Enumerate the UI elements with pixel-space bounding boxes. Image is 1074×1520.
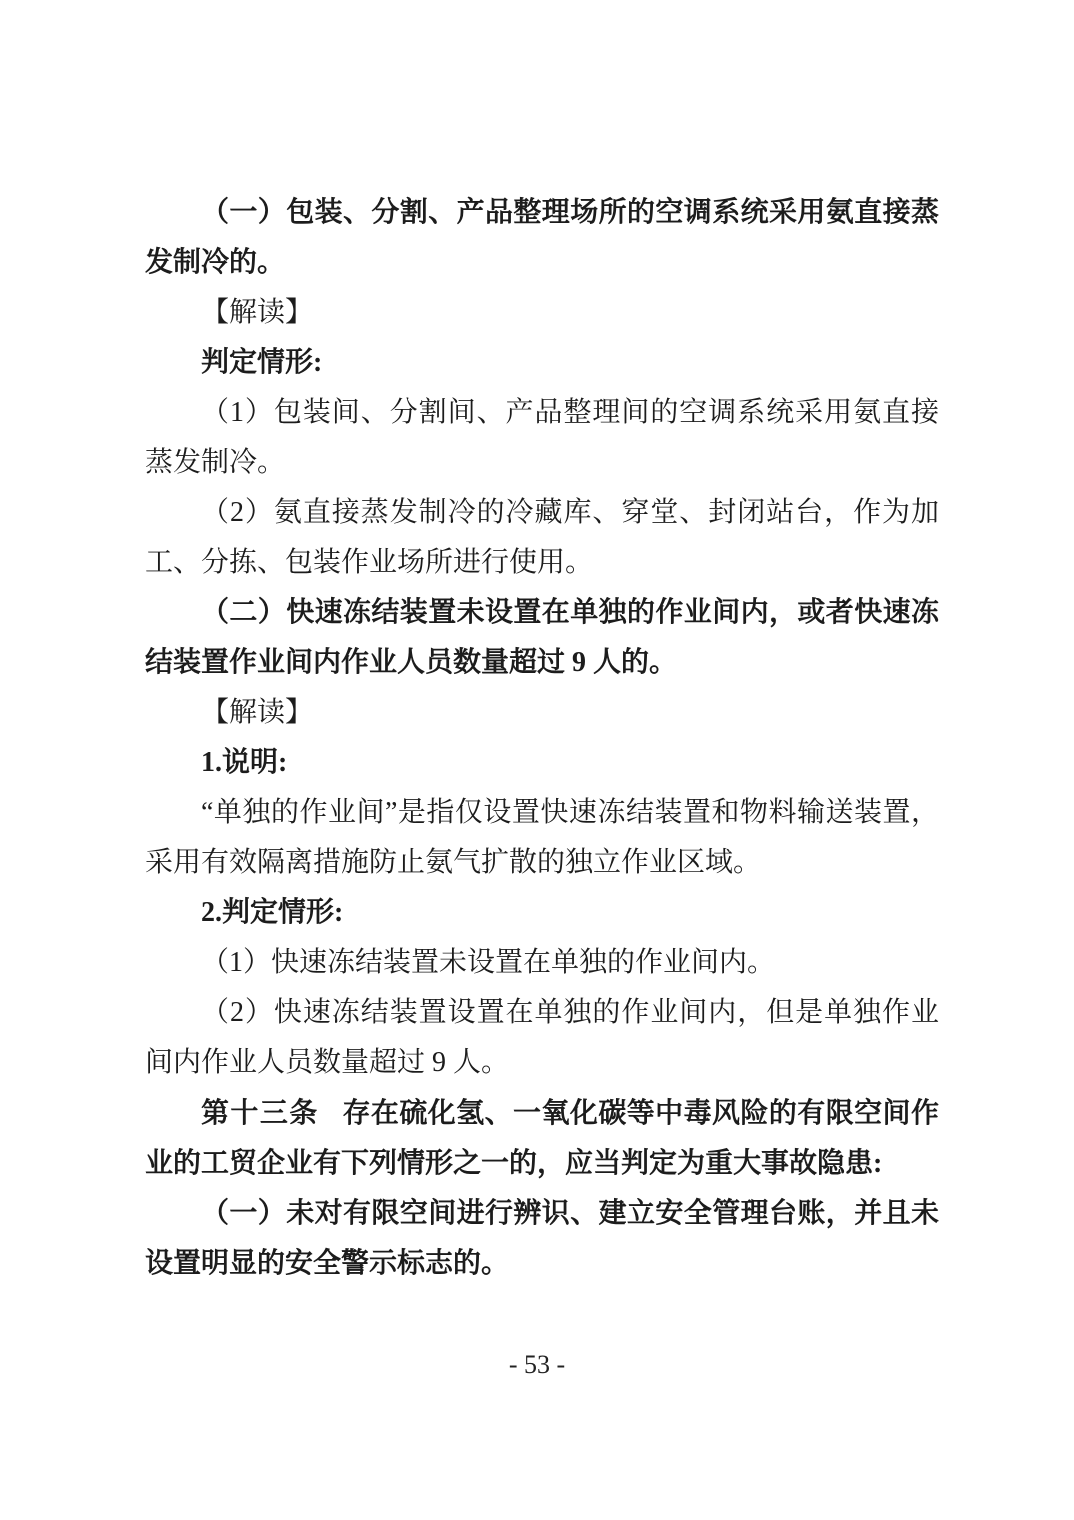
interpretation-label: 【解读】	[145, 688, 939, 738]
determination-item: （1）包装间、分割间、产品整理间的空调系统采用氨直接蒸发制冷。	[145, 388, 939, 488]
article-13-number: 第十三条	[201, 1097, 319, 1128]
clause-item-one-aircon: （一）包装、分割、产品整理场所的空调系统采用氨直接蒸发制冷的。	[145, 188, 939, 288]
explanation-heading: 1.说明:	[145, 738, 939, 788]
explanation-body: “单独的作业间”是指仅设置快速冻结装置和物料输送装置，采用有效隔离措施防止氨气扩…	[145, 788, 939, 888]
document-body: （一）包装、分割、产品整理场所的空调系统采用氨直接蒸发制冷的。 【解读】 判定情…	[145, 188, 939, 1289]
page-number: - 53 -	[0, 1340, 1074, 1390]
determination-heading: 判定情形:	[145, 338, 939, 388]
clause-item-two-freezing: （二）快速冻结装置未设置在单独的作业间内，或者快速冻结装置作业间内作业人员数量超…	[145, 588, 939, 688]
determination-item: （2）氨直接蒸发制冷的冷藏库、穿堂、封闭站台，作为加工、分拣、包装作业场所进行使…	[145, 488, 939, 588]
interpretation-label: 【解读】	[145, 288, 939, 338]
clause-item-one-confined-space: （一）未对有限空间进行辨识、建立安全管理台账，并且未设置明显的安全警示标志的。	[145, 1189, 939, 1289]
article-13: 第十三条存在硫化氢、一氧化碳等中毒风险的有限空间作业的工贸企业有下列情形之一的，…	[145, 1088, 939, 1189]
determination-heading: 2.判定情形:	[145, 888, 939, 938]
determination-item: （1）快速冻结装置未设置在单独的作业间内。	[145, 938, 939, 988]
document-page: （一）包装、分割、产品整理场所的空调系统采用氨直接蒸发制冷的。 【解读】 判定情…	[0, 0, 1074, 1520]
determination-item: （2）快速冻结装置设置在单独的作业间内，但是单独作业间内作业人员数量超过 9 人…	[145, 988, 939, 1088]
